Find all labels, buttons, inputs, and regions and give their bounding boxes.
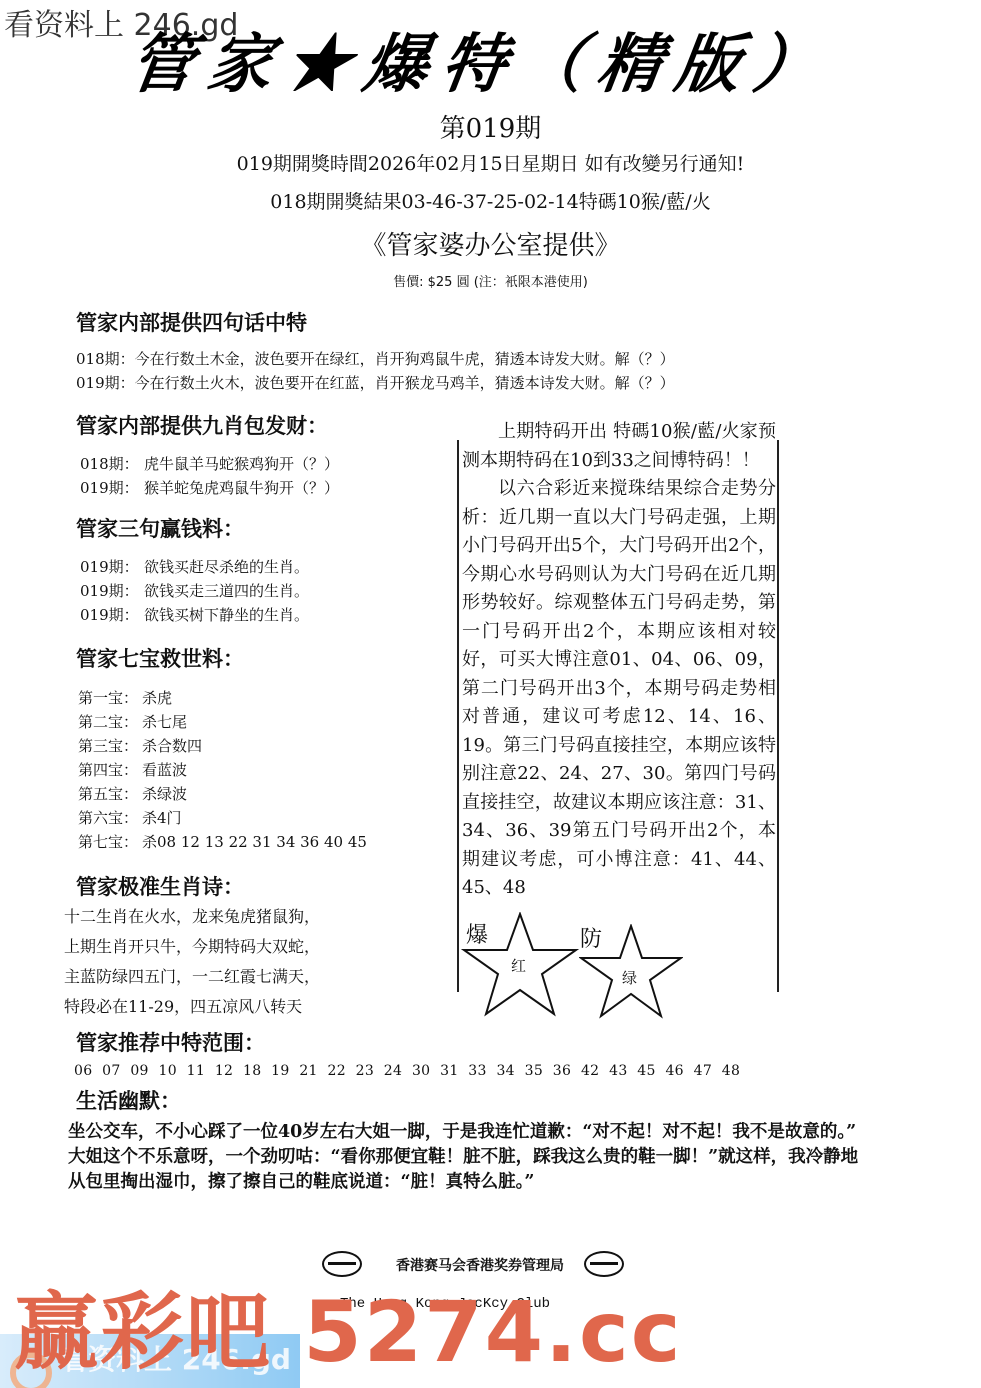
list-item: 019期：今在行数土火木，波色要开在红蓝，肖开猴龙马鸡羊，猜透本诗发大财。解（？…: [76, 371, 675, 395]
row-text: 杀虎: [142, 689, 172, 707]
four-lines-list: 018期：今在行数土木金，波色要开在绿红，肖开狗鸡鼠牛虎，猜透本诗发大财。解（？…: [76, 347, 675, 395]
list-item: 第六宝：杀4门: [78, 806, 367, 830]
three-lines-list: 019期：欲钱买赶尽杀绝的生肖。 019期：欲钱买走三道四的生肖。 019期：欲…: [80, 555, 309, 627]
poem-line: 主蓝防绿四五门，一二红霞七满天，: [64, 962, 320, 992]
row-text: 杀合数四: [142, 737, 202, 755]
row-text: 欲钱买赶尽杀绝的生肖。: [144, 558, 309, 576]
poem-line: 十二生肖在火水，龙来兔虎猪鼠狗，: [64, 902, 320, 932]
analysis-para-1: 上期特码开出 特碼10猴/藍/火家预测本期特码在10到33之间博特码！！: [462, 418, 776, 475]
section-title-joke: 生活幽默：: [76, 1086, 181, 1116]
issue-number: 第019期: [0, 112, 981, 146]
row-label: 019期：: [80, 603, 144, 627]
poem-line: 上期生肖开只牛，今期特码大双蛇，: [64, 932, 320, 962]
row-text: 杀08 12 13 22 31 34 36 40 45: [142, 833, 367, 851]
star-text-green: 绿: [622, 967, 637, 988]
jockey-club-logo-right-icon: [584, 1251, 624, 1277]
row-label: 第三宝：: [78, 734, 142, 758]
draw-time: 019期開獎時間2026年02月15日星期日 如有改變另行通知!: [0, 150, 981, 178]
row-text: 杀4门: [142, 809, 182, 827]
joke-line: 大姐这个不乐意呀，一个劲叨咕：“看你那便宜鞋！脏不脏，踩我这么贵的鞋一脚！”就这…: [68, 1145, 948, 1170]
section-title-range: 管家推荐中特范围：: [76, 1028, 265, 1058]
row-text: 欲钱买树下静坐的生肖。: [144, 606, 309, 624]
list-item: 第七宝：杀08 12 13 22 31 34 36 40 45: [78, 830, 367, 854]
range-numbers: 06 07 09 10 11 12 18 19 21 22 23 24 30 3…: [74, 1060, 740, 1082]
joke-text: 坐公交车，不小心踩了一位40岁左右大姐一脚，于是我连忙道歉：“对不起！对不起！我…: [68, 1120, 948, 1195]
nine-zodiac-list: 018期：虎牛鼠羊马蛇猴鸡狗开（？） 019期：猴羊蛇兔虎鸡鼠牛狗开（？）: [80, 452, 339, 500]
list-item: 019期：欲钱买树下静坐的生肖。: [80, 603, 309, 627]
analysis-para-2: 以六合彩近来搅珠结果综合走势分析：近几期一直以大门号码走强，上期小门号码开出5个…: [462, 475, 776, 903]
row-label: 第五宝：: [78, 782, 142, 806]
banner-title: 管家★爆特（精版）: [124, 20, 837, 110]
list-item: 018期：今在行数土木金，波色要开在绿红，肖开狗鸡鼠牛虎，猜透本诗发大财。解（？…: [76, 347, 675, 371]
poem-lines: 十二生肖在火水，龙来兔虎猪鼠狗， 上期生肖开只牛，今期特码大双蛇， 主蓝防绿四五…: [64, 902, 320, 1022]
star-text-red: 红: [511, 955, 526, 976]
section-title-seven-treasures: 管家七宝救世料：: [76, 644, 244, 674]
watermark-bottom-big: 赢彩吧 5274.cc: [14, 1282, 683, 1382]
row-text: 欲钱买走三道四的生肖。: [144, 582, 309, 600]
row-label: 019期：: [76, 374, 135, 392]
row-text: 看蓝波: [142, 761, 187, 779]
row-text: 今在行数土火木，波色要开在红蓝，肖开猴龙马鸡羊，猜透本诗发大财。解（？）: [135, 374, 675, 392]
list-item: 019期：欲钱买赶尽杀绝的生肖。: [80, 555, 309, 579]
list-item: 第一宝：杀虎: [78, 686, 367, 710]
section-title-nine-zodiac: 管家内部提供九肖包发财：: [76, 411, 328, 441]
seven-treasures-list: 第一宝：杀虎 第二宝：杀七尾 第三宝：杀合数四 第四宝：看蓝波 第五宝：杀绿波 …: [78, 686, 367, 854]
row-text: 杀绿波: [142, 785, 187, 803]
analysis-box-text: 上期特码开出 特碼10猴/藍/火家预测本期特码在10到33之间博特码！！ 以六合…: [462, 418, 776, 903]
row-label: 018期：: [80, 452, 144, 476]
row-text: 虎牛鼠羊马蛇猴鸡狗开（？）: [144, 455, 339, 473]
row-text: 今在行数土木金，波色要开在绿红，肖开狗鸡鼠牛虎，猜透本诗发大财。解（？）: [135, 350, 675, 368]
row-label: 第四宝：: [78, 758, 142, 782]
list-item: 018期：虎牛鼠羊马蛇猴鸡狗开（？）: [80, 452, 339, 476]
list-item: 第二宝：杀七尾: [78, 710, 367, 734]
list-item: 019期：猴羊蛇兔虎鸡鼠牛狗开（？）: [80, 476, 339, 500]
provider: 《管家婆办公室提供》: [0, 228, 981, 264]
row-label: 第六宝：: [78, 806, 142, 830]
joke-line: 坐公交车，不小心踩了一位40岁左右大姐一脚，于是我连忙道歉：“对不起！对不起！我…: [68, 1120, 948, 1145]
row-label: 第七宝：: [78, 830, 142, 854]
row-text: 猴羊蛇兔虎鸡鼠牛狗开（？）: [144, 479, 339, 497]
joke-line: 从包里掏出湿巾，擦了擦自己的鞋底说道：“脏！真特么脏。”: [68, 1170, 948, 1195]
list-item: 第四宝：看蓝波: [78, 758, 367, 782]
list-item: 第三宝：杀合数四: [78, 734, 367, 758]
row-label: 019期：: [80, 579, 144, 603]
section-title-three-lines: 管家三句赢钱料：: [76, 514, 244, 544]
row-label: 第一宝：: [78, 686, 142, 710]
section-title-four-lines: 管家内部提供四句话中特: [76, 308, 307, 338]
list-item: 019期：欲钱买走三道四的生肖。: [80, 579, 309, 603]
list-item: 第五宝：杀绿波: [78, 782, 367, 806]
price: 售價: $25 圓 (注：衹限本港使用): [0, 273, 981, 293]
row-label: 019期：: [80, 555, 144, 579]
section-title-poem: 管家极准生肖诗：: [76, 872, 244, 902]
row-label: 第二宝：: [78, 710, 142, 734]
row-text: 杀七尾: [142, 713, 187, 731]
row-label: 019期：: [80, 476, 144, 500]
row-label: 018期：: [76, 350, 135, 368]
last-result: 018期開獎結果03-46-37-25-02-14特碼10猴/藍/火: [0, 188, 981, 216]
poem-line: 特段必在11-29，四五凉风八转天: [64, 992, 320, 1022]
